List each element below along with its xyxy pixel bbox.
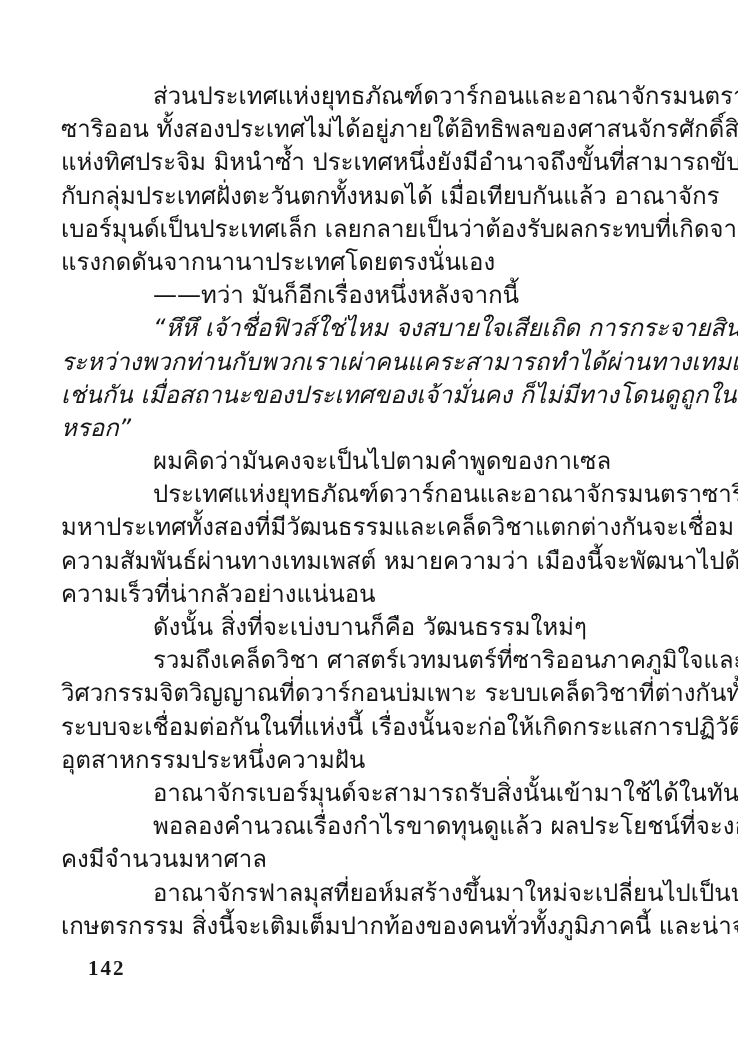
text-line: ความสัมพันธ์ผ่านทางเทมเพสต์ หมายความว่า … — [61, 545, 677, 578]
text-line: อาณาจักรฟาลมุสที่ยอห์มสร้างขึ้นมาใหม่จะเ… — [61, 877, 677, 910]
text-line-dash-aside: ——ทว่า มันก็อีกเรื่องหนึ่งหลังจากนี้ — [61, 279, 677, 312]
text-line: ผมคิดว่ามันคงจะเป็นไปตามคำพูดของกาเซล — [61, 445, 677, 478]
text-line: ส่วนประเทศแห่งยุทธภัณฑ์ดวาร์กอนและอาณาจั… — [61, 80, 677, 113]
text-line: ดังนั้น สิ่งที่จะเบ่งบานก็คือ วัฒนธรรมให… — [61, 611, 677, 644]
text-line: วิศวกรรมจิตวิญญาณที่ดวาร์กอนบ่มเพาะ ระบบ… — [61, 677, 677, 710]
text-line: แรงกดดันจากนานาประเทศโดยตรงนั่นเอง — [61, 246, 677, 279]
book-page: ส่วนประเทศแห่งยุทธภัณฑ์ดวาร์กอนและอาณาจั… — [0, 0, 738, 1051]
text-line: ระบบจะเชื่อมต่อกันในที่แห่งนี้ เรื่องนั้… — [61, 711, 677, 744]
text-line: อาณาจักรเบอร์มุนด์จะสามารถรับสิ่งนั้นเข้… — [61, 777, 677, 810]
text-line: พอลองคำนวณเรื่องกำไรขาดทุนดูแล้ว ผลประโย… — [61, 810, 677, 843]
page-number: 142 — [88, 956, 126, 981]
text-line: อุตสาหกรรมประหนึ่งความฝัน — [61, 744, 677, 777]
text-line: รวมถึงเคล็ดวิชา ศาสตร์เวทมนตร์ที่ซาริออน… — [61, 644, 677, 677]
text-line: เกษตรกรรม สิ่งนี้จะเติมเต็มปากท้องของคนท… — [61, 910, 677, 943]
text-line: คงมีจำนวนมหาศาล — [61, 843, 677, 876]
text-line-quote: หรอก” — [61, 412, 677, 445]
text-line: ประเทศแห่งยุทธภัณฑ์ดวาร์กอนและอาณาจักรมน… — [61, 478, 677, 511]
page-text: ส่วนประเทศแห่งยุทธภัณฑ์ดวาร์กอนและอาณาจั… — [61, 80, 677, 943]
text-line: ซาริออน ทั้งสองประเทศไม่ได้อยู่ภายใต้อิท… — [61, 113, 677, 146]
text-line-quote: เช่นกัน เมื่อสถานะของประเทศของเจ้ามั่นคง… — [61, 379, 677, 412]
text-line-quote: ระหว่างพวกท่านกับพวกเราเผ่าคนแคระสามารถท… — [61, 346, 677, 379]
text-line-quote: “หึหึ เจ้าชื่อฟิวส์ใช่ไหม จงสบายใจเสียเถ… — [61, 312, 677, 345]
text-line: กับกลุ่มประเทศฝั่งตะวันตกทั้งหมดได้ เมื่… — [61, 180, 677, 213]
text-line: แห่งทิศประจิม มิหนำซ้ำ ประเทศหนึ่งยังมีอ… — [61, 146, 677, 179]
text-line: เบอร์มุนด์เป็นประเทศเล็ก เลยกลายเป็นว่าต… — [61, 213, 677, 246]
text-line: ความเร็วที่น่ากลัวอย่างแน่นอน — [61, 578, 677, 611]
text-line: มหาประเทศทั้งสองที่มีวัฒนธรรมและเคล็ดวิช… — [61, 511, 677, 544]
